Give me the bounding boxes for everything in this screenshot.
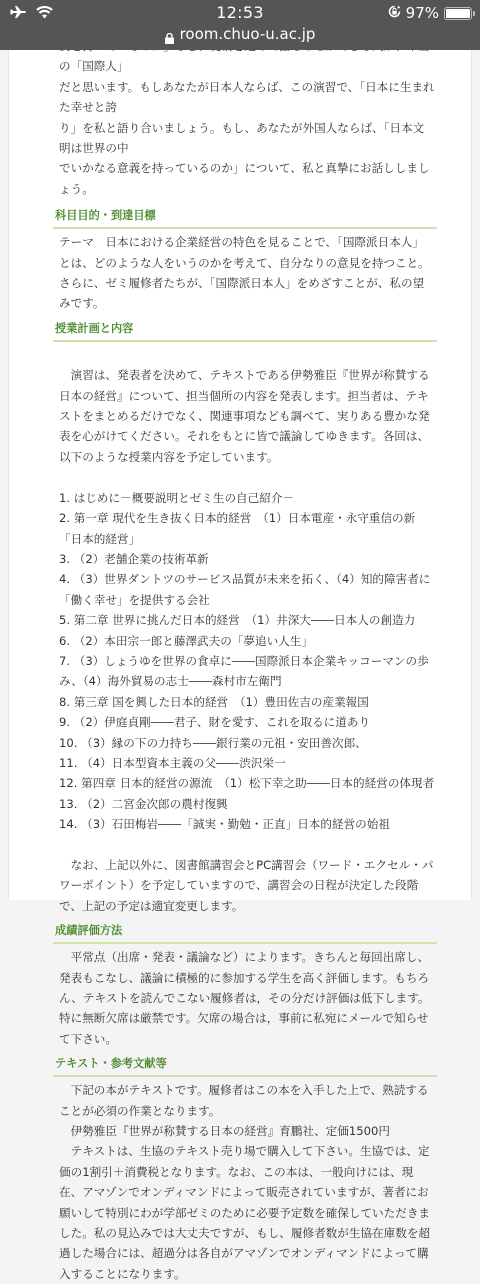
plan-item: 3. （2）老舗企業の技術革新 — [59, 549, 435, 569]
plan-item: 8. 第三章 国を興した日本的経営 （1）豊田佐吉の産業報国 — [59, 692, 435, 712]
lock-icon — [165, 30, 174, 41]
plan-item: 2. 第一章 現代を生き抜く日本的経営 （1）日本電産・永守重信の新「日本的経営… — [59, 508, 435, 549]
plan-item: 10. （3）縁の下の力持ち――銀行業の元祖・安田善次郎、 — [59, 733, 435, 753]
intro-line: だと思います。もしあなたが日本人ならば、この演習で、「日本に生まれた幸せと誇 — [59, 77, 435, 118]
plan-item: 5. 第二章 世界に挑んだ日本的経営 （1）井深大――日本人の創造力 — [59, 610, 435, 630]
status-bar: 12:53 97% room.chuo-u.ac.jp — [0, 0, 480, 50]
section-title-objectives: 科目目的・到達目標 — [53, 205, 437, 229]
plan-item: 1. はじめに－概要説明とゼミ生の自己紹介－ — [59, 488, 435, 508]
plan-intro: 演習は、発表者を決めて、テキストである伊勢雅臣『世界が称賛する日本の経営』につい… — [53, 365, 437, 467]
status-right-icons: 97% — [388, 4, 472, 22]
intro-paragraph: 質を持っているのか」など、愛情を込めて語ることができる人が、本当の「国際人」 だ… — [53, 36, 437, 199]
page-card: 質を持っているのか」など、愛情を込めて語ることができる人が、本当の「国際人」 だ… — [8, 0, 472, 854]
spacer — [53, 467, 437, 487]
url-text[interactable]: room.chuo-u.ac.jp — [180, 25, 316, 43]
spacer — [53, 835, 437, 854]
plan-item: 7. （3）しょうゆを世界の食卓に――国際派日本企業キッコーマンの歩み、（4）海… — [59, 651, 435, 692]
plan-item: 14. （3）石田梅岩――「誠実・勤勉・正直」日本的経営の始祖 — [59, 814, 435, 834]
plan-item: 9. （2）伊庭貞剛――君子、財を愛す、これを取るに道あり — [59, 712, 435, 732]
battery-percent: 97% — [406, 4, 439, 22]
plan-item: 6. （2）本田宗一郎と藤澤武夫の「夢追い人生」 — [59, 631, 435, 651]
battery-icon — [444, 7, 472, 20]
intro-line: り」を私と語り合いましょう。もし、あなたが外国人ならば、「日本文明は世界の中 — [59, 118, 435, 159]
spacer — [53, 345, 437, 365]
intro-line: でいかなる意義を持っているのか」について、私と真摯にお話ししましょう。 — [59, 158, 435, 199]
syllabus-content: 質を持っているのか」など、愛情を込めて語ることができる人が、本当の「国際人」 だ… — [53, 36, 437, 854]
address-bar[interactable]: room.chuo-u.ac.jp — [0, 25, 480, 43]
plan-list: 1. はじめに－概要説明とゼミ生の自己紹介－ 2. 第一章 現代を生き抜く日本的… — [53, 488, 437, 835]
orientation-lock-icon — [388, 4, 401, 22]
plan-item: 11. （4）日本型資本主義の父――渋沢栄一 — [59, 753, 435, 773]
plan-item: 4. （3）世界ダントツのサービス品質が未来を拓く、（4）知的障害者に「働く幸せ… — [59, 569, 435, 610]
section-title-plan: 授業計画と内容 — [53, 318, 437, 342]
plan-item: 12. 第四章 日本的経営の源流 （1）松下幸之助――日本的経営の体現者 — [59, 773, 435, 793]
objectives-text: テーマ 日本における企業経営の特色を見ることで、「国際派日本人」とは、どのような… — [53, 232, 437, 314]
plan-item: 13. （2）二宮金次郎の農村復興 — [59, 794, 435, 814]
